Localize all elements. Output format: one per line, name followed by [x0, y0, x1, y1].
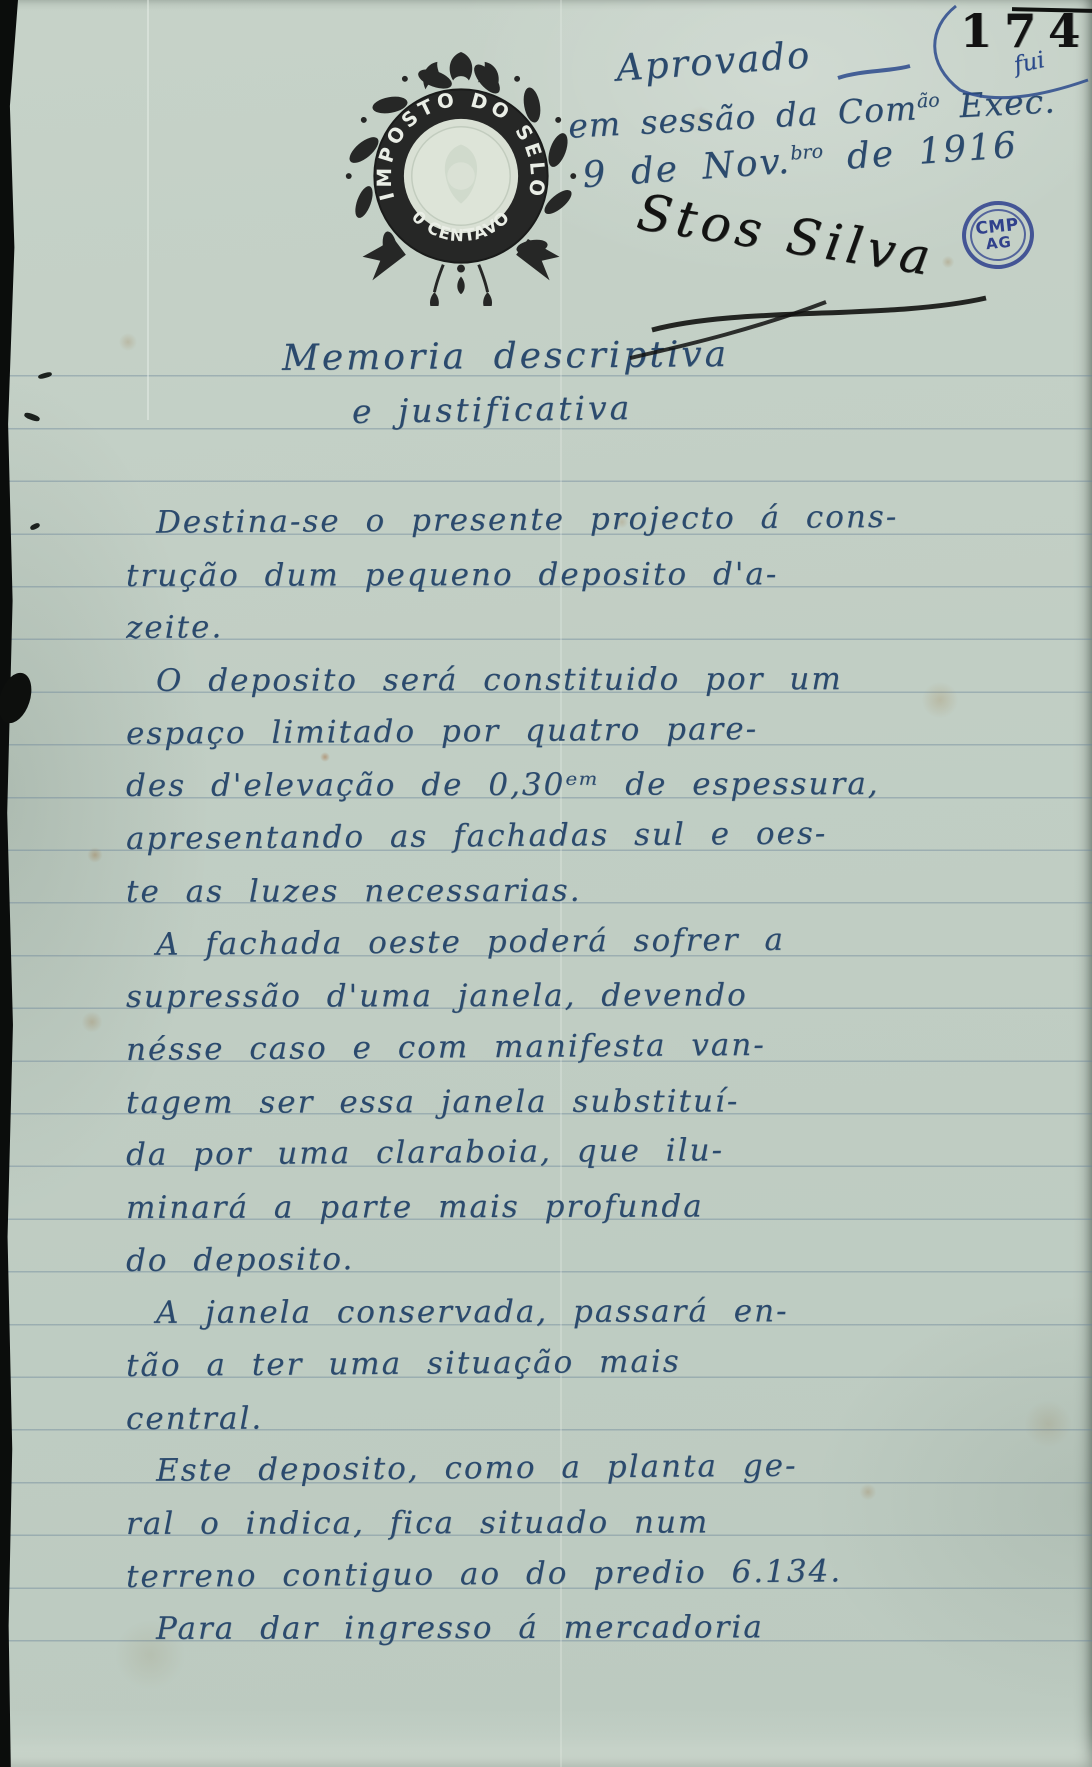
manuscript-body: Destina-se o presente projecto á cons-tr… [126, 497, 898, 1656]
paper-crease [147, 0, 149, 420]
approval-superscript: ão [916, 89, 940, 112]
margin-annotation: fui [1012, 47, 1047, 79]
manuscript-line: espaço limitado por quatro pare- [126, 702, 899, 761]
bottom-paper-crease [0, 1709, 1092, 1767]
manuscript-page: IMPOSTO DO SELO 10 CENTAVOS 174 fui Apro… [0, 0, 1092, 1767]
manuscript-line: do deposito. [126, 1229, 899, 1288]
approval-date-text-end: de 1916 [822, 125, 1019, 179]
manuscript-line: central. [126, 1391, 898, 1446]
approval-session-text-end: Exec. [939, 81, 1057, 126]
manuscript-line: trução dum pequeno deposito d'a- [126, 548, 898, 603]
manuscript-line: Este deposito, como a planta ge- [126, 1439, 899, 1498]
blue-dash-stroke [838, 66, 910, 78]
manuscript-line: A janela conservada, passará en- [126, 1285, 898, 1340]
manuscript-line: te as luzes necessarias. [126, 864, 898, 919]
document-title-line1: Memoria descriptiva [282, 334, 729, 379]
manuscript-line: Para dar ingresso á mercadoria [126, 1601, 898, 1656]
manuscript-line: zeite. [126, 596, 899, 655]
fiscal-stamp-icon: IMPOSTO DO SELO 10 CENTAVOS [332, 50, 590, 306]
approval-date-superscript: bro [790, 140, 824, 164]
manuscript-line: ral o indica, fica situado num [126, 1496, 898, 1551]
manuscript-line: A fachada oeste poderá sofrer a [126, 912, 899, 971]
manuscript-line: O deposito será constituido por um [126, 653, 898, 708]
manuscript-line: supressão d'uma janela, devendo [126, 969, 898, 1024]
manuscript-line: nésse caso e com manifesta van- [126, 1018, 899, 1077]
document-title-line2: e justificativa [352, 388, 633, 431]
manuscript-line: da por uma claraboia, que ilu- [126, 1123, 899, 1182]
archive-stamp-inner-ring: CMP AG [967, 206, 1028, 264]
approval-date-text: 9 de Nov. [581, 141, 792, 196]
manuscript-line: des d'elevação de 0,30ᵉᵐ de espessura, [126, 758, 898, 813]
approval-word: Aprovado [615, 33, 813, 90]
manuscript-line: tagem ser essa janela substituí- [126, 1075, 898, 1130]
manuscript-line: terreno contiguo ao do predio 6.134. [126, 1545, 899, 1604]
manuscript-line: tão a ter uma situação mais [126, 1334, 899, 1393]
manuscript-line: apresentando as fachadas sul e oes- [126, 807, 899, 866]
manuscript-line: Destina-se o presente projecto á cons- [126, 491, 899, 550]
signature: Stos Silva [633, 183, 939, 287]
manuscript-line: minará a parte mais profunda [126, 1180, 898, 1235]
archive-stamp-line2: AG [985, 235, 1012, 253]
archive-stamp: CMP AG [959, 197, 1038, 272]
